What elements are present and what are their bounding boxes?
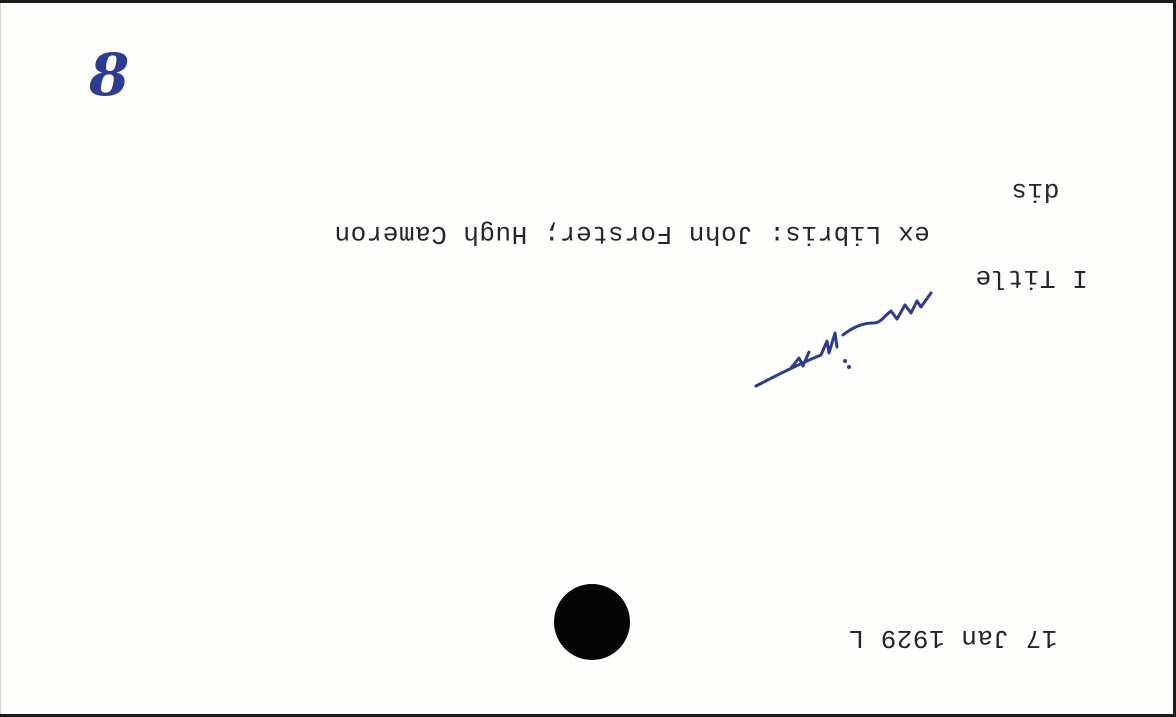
catalog-card: 8 dis ex Libris: John Forster; Hugh Came… <box>0 3 1173 714</box>
typed-line-title: I Title <box>975 265 1088 291</box>
typed-line-dis: dis <box>1011 178 1059 204</box>
handwritten-shelf-mark: 8 <box>89 41 129 109</box>
handwritten-signature <box>751 283 941 393</box>
punch-hole <box>554 584 630 660</box>
typed-line-ex-libris: ex Libris: John Forster; Hugh Cameron <box>334 221 930 247</box>
typed-line-date: 17 Jan 1929 L <box>848 625 1057 651</box>
